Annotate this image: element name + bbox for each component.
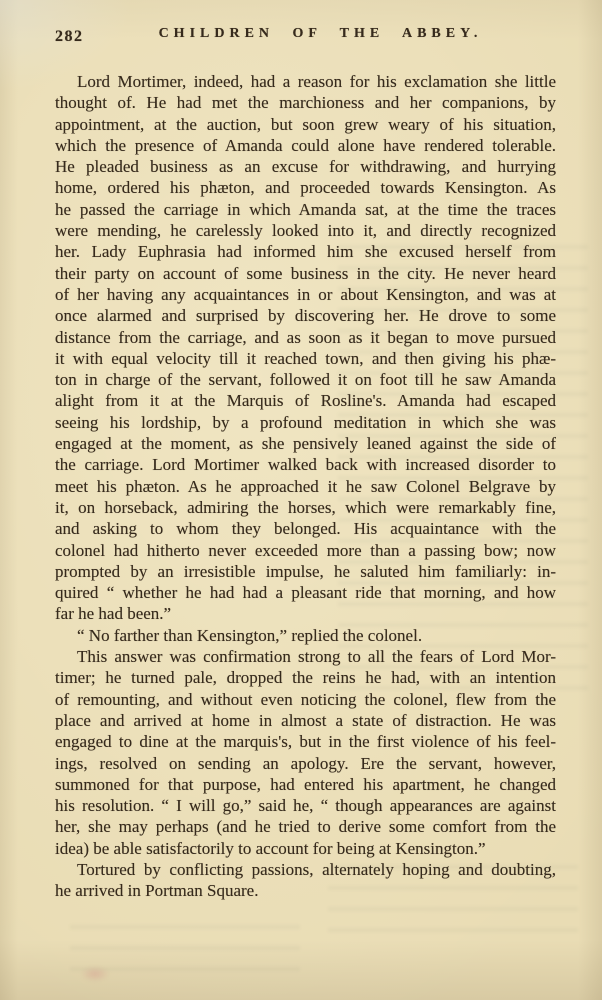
book-page: 282 CHILDREN OF THE ABBEY. Lord Mortimer… bbox=[0, 0, 602, 1000]
text-line: thought of. He had met the marchioness a… bbox=[55, 92, 556, 113]
text-line: were mending, he carelessly looked into … bbox=[55, 220, 556, 241]
text-line: their party on account of some business … bbox=[55, 263, 556, 284]
text-line: idea) be able satisfactorily to account … bbox=[55, 838, 556, 859]
text-line: This answer was confirmation strong to a… bbox=[55, 646, 556, 667]
running-title: CHILDREN OF THE ABBEY. bbox=[55, 26, 556, 42]
text-line: home, ordered his phæton, and proceeded … bbox=[55, 177, 556, 198]
text-line: colonel had hitherto never exceeded more… bbox=[55, 540, 556, 561]
text-line: Lord Mortimer, indeed, had a reason for … bbox=[55, 71, 556, 92]
text-line: which the presence of Amanda could alone… bbox=[55, 135, 556, 156]
text-line: and asking to whom they belonged. His ac… bbox=[55, 518, 556, 539]
text-line: her, she may perhaps (and he tried to de… bbox=[55, 816, 556, 837]
text-line: engaged at the moment, as she pensively … bbox=[55, 433, 556, 454]
text-block: Lord Mortimer, indeed, had a reason for … bbox=[55, 71, 556, 902]
text-line: ton in charge of the servant, followed i… bbox=[55, 369, 556, 390]
text-line: the carriage. Lord Mortimer walked back … bbox=[55, 454, 556, 475]
text-line: alight from it at the Marquis of Rosline… bbox=[55, 390, 556, 411]
text-line: He pleaded business as an excuse for wit… bbox=[55, 156, 556, 177]
paragraph: Lord Mortimer, indeed, had a reason for … bbox=[55, 71, 556, 625]
page-header: 282 CHILDREN OF THE ABBEY. bbox=[55, 26, 556, 50]
text-line: timer; he turned pale, dropped the reins… bbox=[55, 667, 556, 688]
text-line: place and arrived at home in almost a st… bbox=[55, 710, 556, 731]
text-line: far he had been.” bbox=[55, 603, 556, 624]
text-line: distance from the carriage, and as soon … bbox=[55, 327, 556, 348]
text-line: once alarmed and surprised by discoverin… bbox=[55, 305, 556, 326]
text-line: it with equal velocity till it reached t… bbox=[55, 348, 556, 369]
text-line: ings, resolved on sending an apology. Er… bbox=[55, 753, 556, 774]
paper-stain bbox=[80, 966, 110, 982]
text-line: Tortured by conflicting passions, altern… bbox=[55, 859, 556, 880]
paragraph: “ No farther than Kensington,” replied t… bbox=[55, 625, 556, 646]
text-line: appointment, at the auction, but soon gr… bbox=[55, 114, 556, 135]
text-line: summoned for that purpose, had entered h… bbox=[55, 774, 556, 795]
show-through-smudge bbox=[70, 925, 300, 975]
text-line: quired “ whether he had had a pleasant r… bbox=[55, 582, 556, 603]
text-line: meet his phæton. As he approached it he … bbox=[55, 476, 556, 497]
text-line: engaged to dine at the marquis's, but in… bbox=[55, 731, 556, 752]
paragraph: Tortured by conflicting passions, altern… bbox=[55, 859, 556, 902]
text-line: he arrived in Portman Square. bbox=[55, 880, 556, 901]
text-line: he passed the carriage in which Amanda s… bbox=[55, 199, 556, 220]
text-line: prompted by an irresistible impulse, he … bbox=[55, 561, 556, 582]
text-line: of remounting, and without even noticing… bbox=[55, 689, 556, 710]
text-line: “ No farther than Kensington,” replied t… bbox=[55, 625, 556, 646]
text-line: it, on horseback, admiring the horses, w… bbox=[55, 497, 556, 518]
paragraph: This answer was confirmation strong to a… bbox=[55, 646, 556, 859]
text-line: his resolution. “ I will go,” said he, “… bbox=[55, 795, 556, 816]
text-line: seeing his lordship, by a profound medit… bbox=[55, 412, 556, 433]
text-line: of her having any acquaintances in or ab… bbox=[55, 284, 556, 305]
page-number: 282 bbox=[55, 28, 84, 46]
text-line: her. Lady Euphrasia had informed him she… bbox=[55, 241, 556, 262]
